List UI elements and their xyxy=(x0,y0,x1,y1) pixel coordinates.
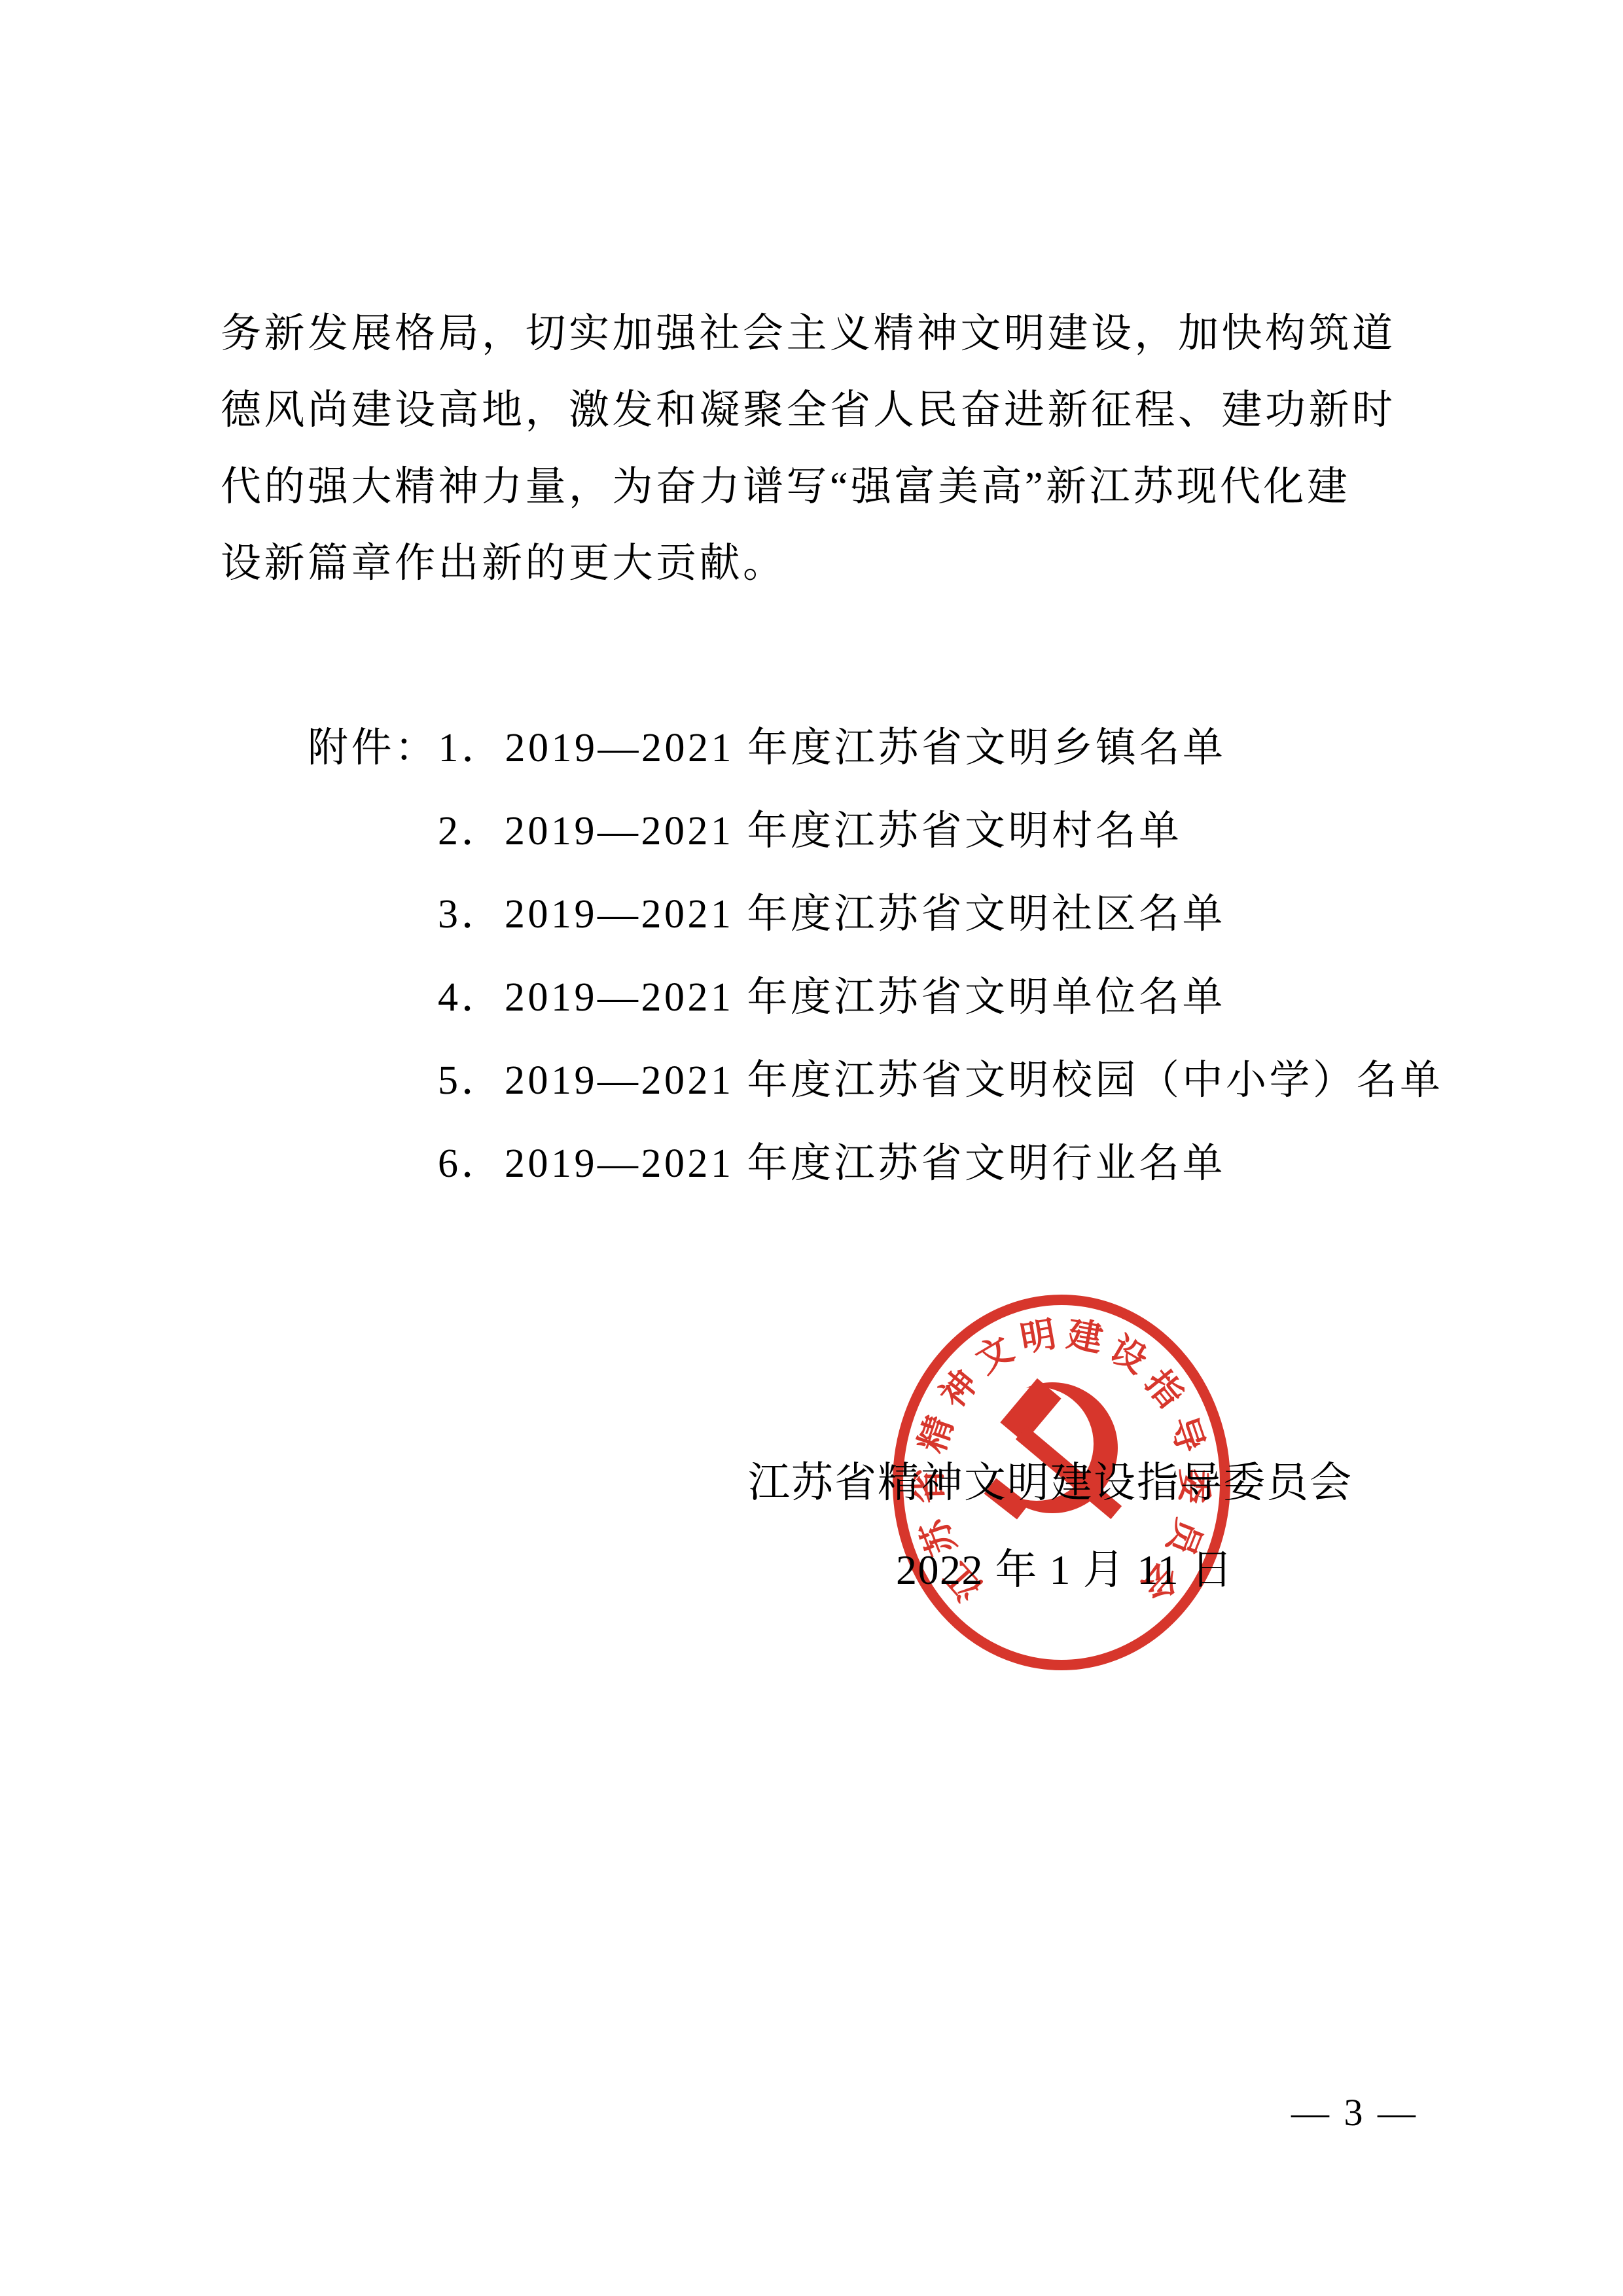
attachment-item: 6．2019—2021 年度江苏省文明行业名单 xyxy=(308,1122,1444,1206)
attachment-item: 5．2019—2021 年度江苏省文明校园（中小学）名单 xyxy=(308,1039,1444,1122)
seal-arc-char: 设 xyxy=(1103,1329,1154,1381)
attachments-label: 附件： xyxy=(308,707,438,790)
attachment-item: 1．2019—2021 年度江苏省文明乡镇名单 xyxy=(438,726,1226,770)
paragraph-line: 设新篇章作出新的更大贡献。 xyxy=(221,526,1396,602)
seal-arc-char: 员 xyxy=(1158,1513,1209,1563)
seal-arc-char: 文 xyxy=(969,1329,1020,1381)
attachment-row: 附件：1．2019—2021 年度江苏省文明乡镇名单 xyxy=(308,707,1444,790)
paragraph-line: 代的强大精神力量，为奋力谱写“强富美高”新江苏现代化建 xyxy=(221,449,1396,526)
attachment-item: 2．2019—2021 年度江苏省文明村名单 xyxy=(308,790,1444,873)
seal-arc-char: 精 xyxy=(912,1411,961,1458)
seal-arc-char: 委 xyxy=(1173,1468,1213,1504)
attachment-item: 4．2019—2021 年度江苏省文明单位名单 xyxy=(308,956,1444,1039)
seal-arc-char: 苏 xyxy=(914,1512,963,1560)
attachment-item: 3．2019—2021 年度江苏省文明社区名单 xyxy=(308,873,1444,956)
page-number: — 3 — xyxy=(1291,2092,1418,2134)
paragraph-line: 务新发展格局，切实加强社会主义精神文明建设，加快构筑道 xyxy=(221,296,1396,372)
seal-arc-char: 省 xyxy=(909,1468,949,1504)
seal-arc-char: 江 xyxy=(937,1555,990,1607)
document-page: 务新发展格局，切实加强社会主义精神文明建设，加快构筑道 德风尚建设高地，激发和凝… xyxy=(0,0,1623,2296)
attachments-block: 附件：1．2019—2021 年度江苏省文明乡镇名单 2．2019—2021 年… xyxy=(308,707,1444,1206)
seal-arc-char: 明 xyxy=(1018,1314,1060,1359)
paragraph-line: 德风尚建设高地，激发和凝聚全省人民奋进新征程、建功新时 xyxy=(221,372,1396,449)
seal-arc-char: 指 xyxy=(1137,1363,1190,1415)
body-paragraph: 务新发展格局，切实加强社会主义精神文明建设，加快构筑道 德风尚建设高地，激发和凝… xyxy=(221,296,1396,602)
hammer-sickle-icon xyxy=(980,1378,1122,1520)
official-seal: 江苏省精神文明建设指导委员会 xyxy=(878,1286,1245,1679)
seal-arc-char: 建 xyxy=(1064,1314,1106,1359)
seal-arc-char: 导 xyxy=(1162,1411,1211,1458)
seal-arc-char: 会 xyxy=(1133,1555,1186,1607)
seal-arc-char: 神 xyxy=(933,1363,986,1415)
